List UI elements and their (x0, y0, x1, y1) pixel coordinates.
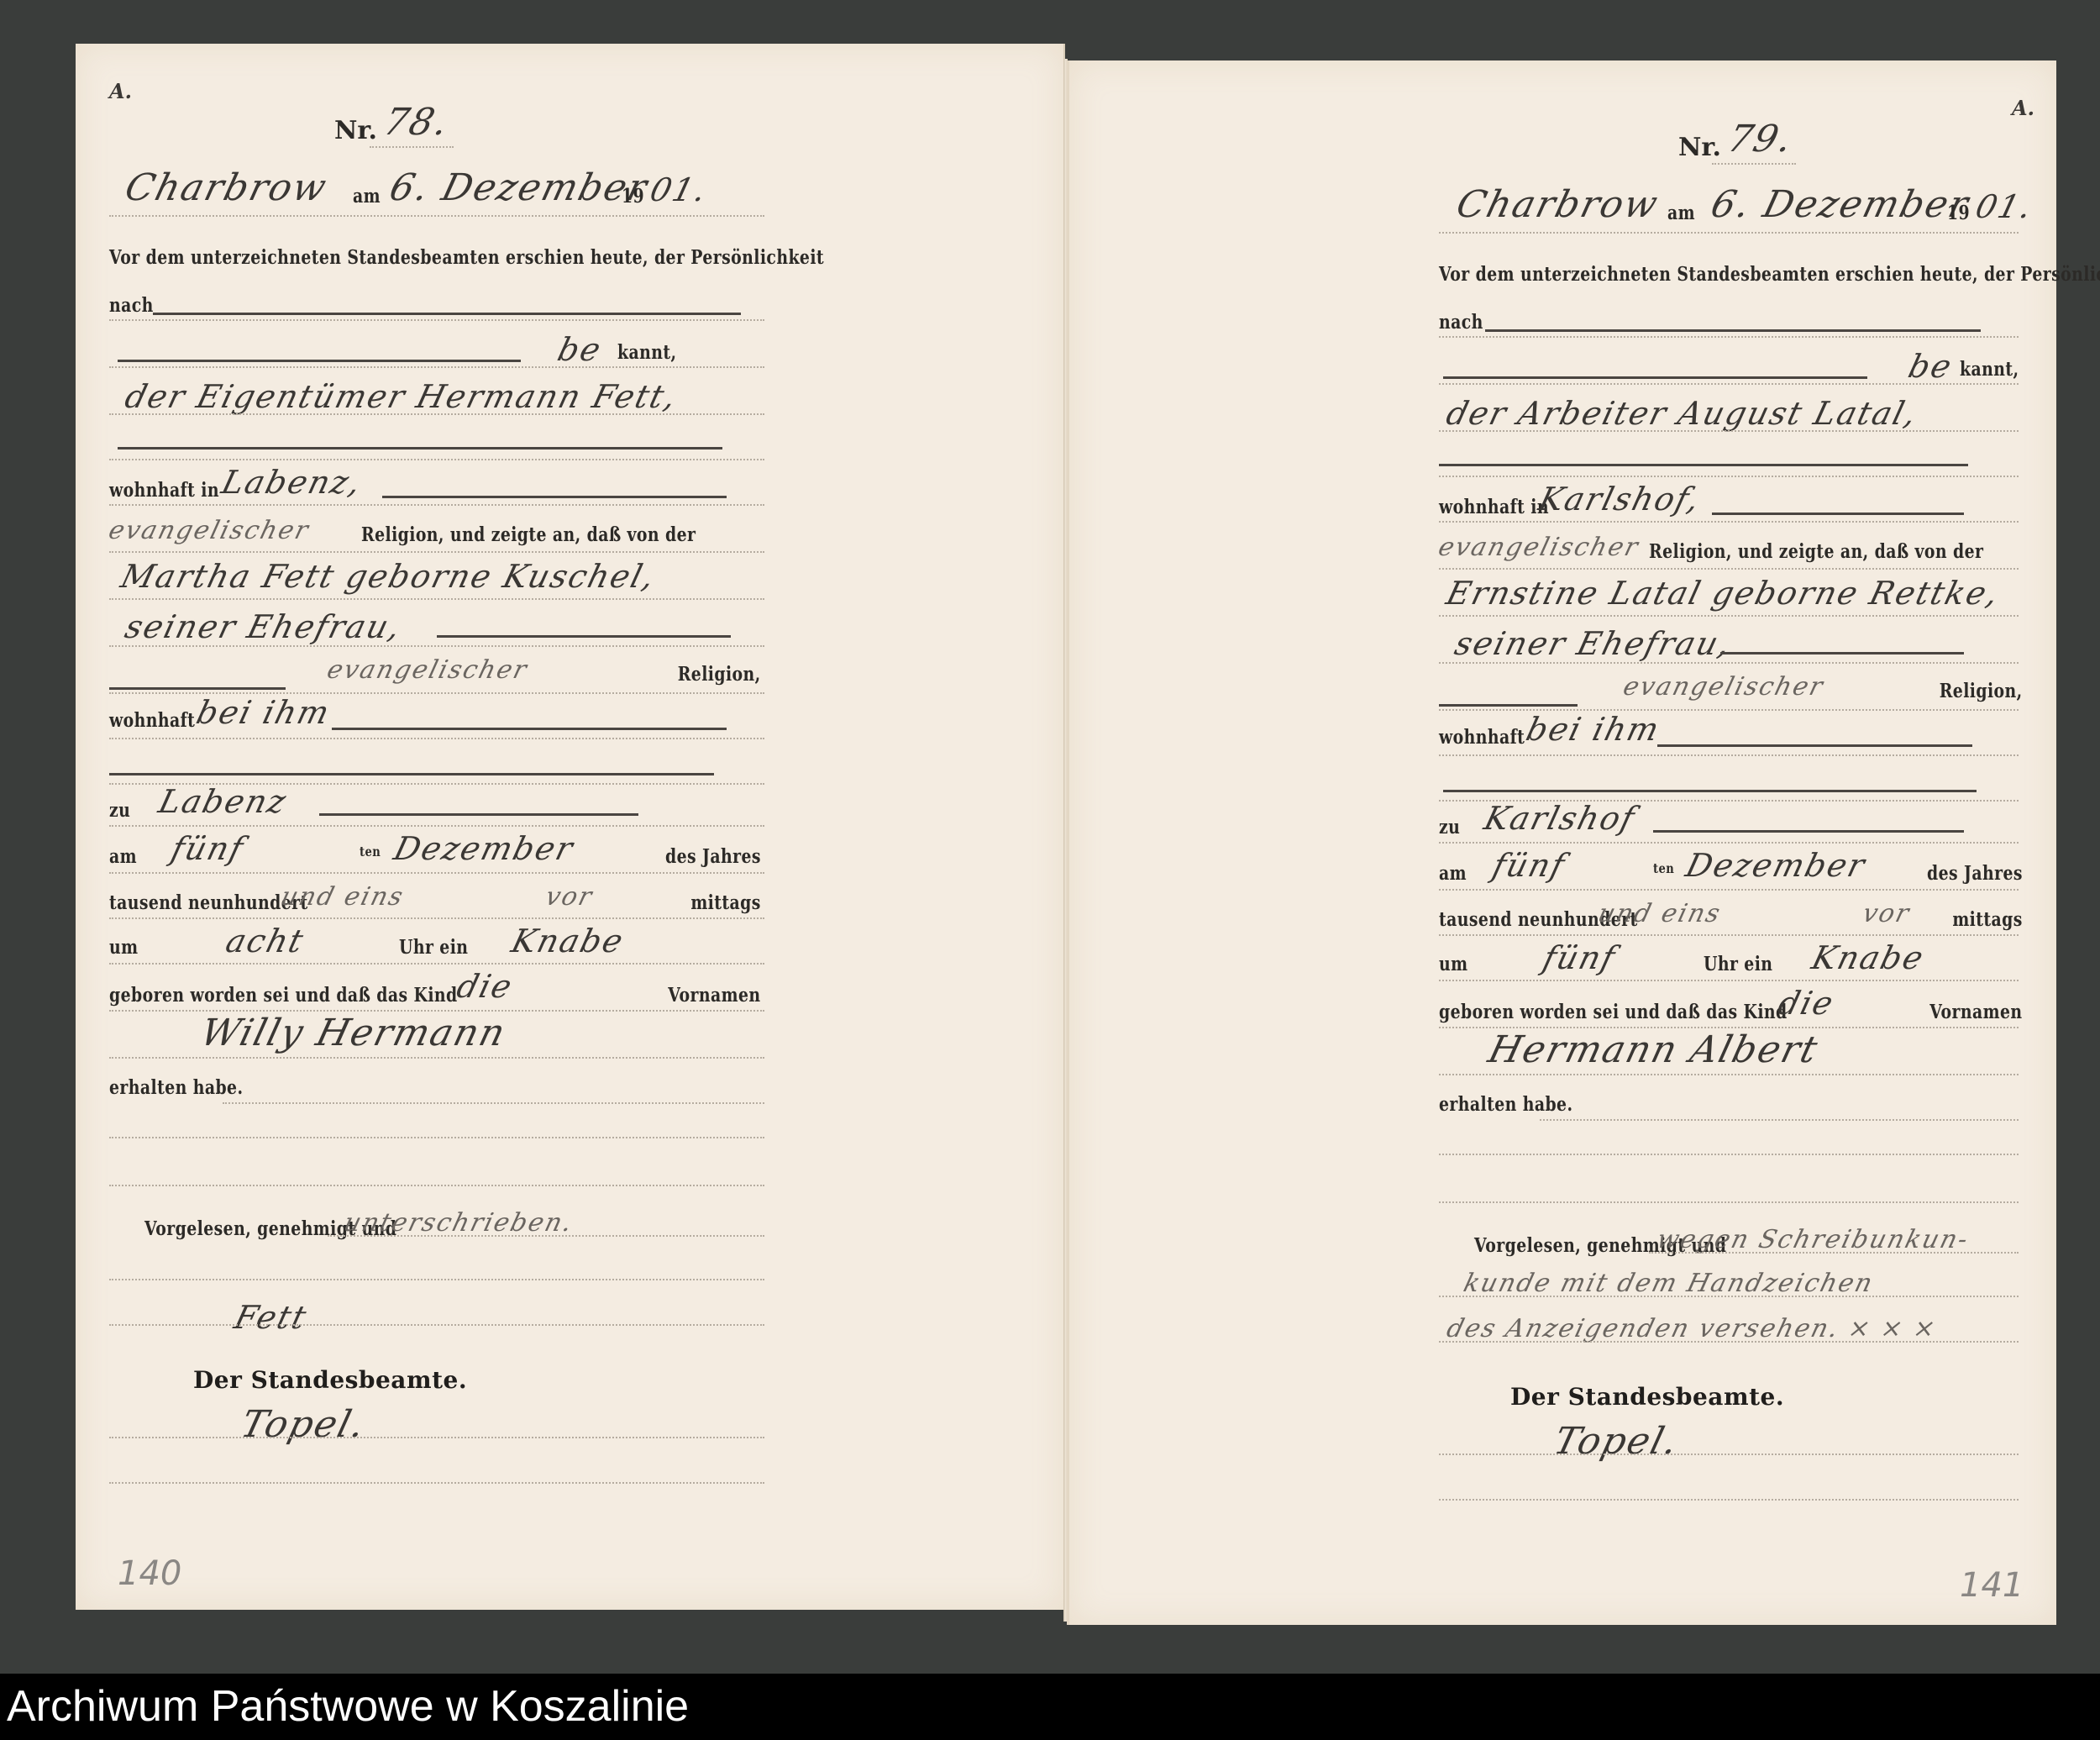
informant-signature: Fett (231, 1299, 312, 1336)
birth-hour: acht (223, 923, 309, 959)
date-am-label: am (1667, 195, 1695, 232)
um-label: um (109, 929, 138, 966)
die-handwritten: die (1775, 985, 1839, 1022)
wohnhaft-label: wohnhaft (109, 702, 195, 739)
mother-religion-label: Religion, (1940, 673, 2023, 710)
mother-religion-handwritten: evangelischer (323, 652, 533, 689)
year-prefix: 19 (622, 178, 644, 215)
geboren-text: geboren worden sei und daß das Kind (109, 977, 458, 1014)
birth-month: Dezember (391, 830, 578, 867)
geboren-text: geboren worden sei und daß das Kind (1439, 994, 1788, 1031)
mother-name: Martha Fett geborne Kuschel, (118, 558, 660, 595)
bekannt-handwritten: be (554, 331, 606, 368)
birth-month: Dezember (1683, 847, 1870, 884)
date-day-month: 6. Dezember (386, 170, 652, 207)
folio-number: 141 (1960, 1566, 2024, 1605)
place: Charbrow (122, 170, 332, 207)
year-suffix: 01. (647, 171, 711, 208)
informant: der Eigentümer Hermann Fett, (122, 378, 682, 415)
am-label: am (109, 838, 137, 875)
zu-label: zu (1439, 809, 1460, 846)
registrar-title: Der Standesbeamte. (1510, 1383, 1784, 1411)
um-label: um (1439, 946, 1467, 983)
birth-day: fünf (168, 830, 249, 867)
birth-place: Karlshof (1481, 800, 1640, 837)
residence: Labenz, (218, 464, 366, 501)
mother-religion-handwritten: evangelischer (1620, 669, 1829, 706)
die-handwritten: die (454, 968, 517, 1005)
archive-caption-bar: Archiwum Państwowe w Koszalinie (0, 1674, 2100, 1740)
erhalten-label: erhalten habe. (109, 1070, 243, 1107)
erhalten-label: erhalten habe. (1439, 1086, 1572, 1123)
section-letter: A. (2012, 96, 2034, 120)
birth-place: Labenz (155, 783, 291, 820)
ten-label: ten (360, 833, 381, 870)
mother-religion-label: Religion, (678, 656, 761, 693)
des-jahres-label: des Jahres (665, 838, 761, 875)
birth-year-words: und eins (277, 879, 408, 916)
tausend-label: tausend neunhundert (109, 885, 308, 922)
vor-nach: vor (1859, 896, 1914, 933)
register-page-right: A. Nr. 79. Charbrow am 6. Dezember 19 01… (1067, 60, 2056, 1625)
date-day-month: 6. Dezember (1708, 187, 1973, 223)
des-jahres-label: des Jahres (1927, 855, 2023, 892)
vor-nach: vor (542, 879, 597, 916)
uhr-ein-label: Uhr ein (1704, 946, 1772, 983)
religion-handwritten: evangelischer (105, 513, 314, 549)
am-label: am (1439, 855, 1467, 892)
informant: der Arbeiter August Latal, (1443, 395, 1922, 432)
vornamen-label: Vornamen (1930, 994, 2023, 1031)
record-number: 79. (1725, 121, 1798, 158)
bekannt-handwritten: be (1905, 348, 1957, 385)
record-number: 78. (381, 104, 454, 141)
register-page-left: A. Nr. 78. Charbrow am 6. Dezember 19 01… (76, 44, 1065, 1610)
child-names: Hermann Albert (1485, 1032, 1823, 1069)
year-prefix: 19 (1947, 195, 1970, 232)
uhr-ein-label: Uhr ein (399, 929, 468, 966)
mittags-label: mittags (1953, 902, 2023, 938)
relation: seiner Ehefrau, (1452, 625, 1735, 662)
intro-text: Vor dem unterzeichneten Standesbeamten e… (109, 239, 824, 276)
child-sex: Knabe (508, 923, 628, 959)
archive-caption: Archiwum Państwowe w Koszalinie (7, 1679, 689, 1734)
child-names: Willy Hermann (197, 1015, 511, 1052)
place: Charbrow (1453, 187, 1663, 223)
year-suffix: 01. (1972, 188, 2037, 225)
religion-text: Religion, und zeigte an, daß von der (361, 517, 696, 554)
birth-year-words: und eins (1594, 896, 1725, 933)
folio-number: 140 (118, 1554, 181, 1593)
birth-day: fünf (1489, 847, 1570, 884)
section-letter: A. (109, 79, 132, 103)
zu-label: zu (109, 792, 130, 829)
child-sex: Knabe (1809, 939, 1929, 976)
record-number-label: Nr. (1678, 133, 1721, 162)
vornamen-label: Vornamen (669, 977, 761, 1014)
mother-residence: bei ihm (1523, 711, 1665, 748)
date-am-label: am (353, 178, 381, 215)
religion-text: Religion, und zeigte an, daß von der (1649, 534, 1983, 570)
religion-handwritten: evangelischer (1435, 529, 1644, 566)
birth-hour: fünf (1540, 939, 1620, 976)
record-number-label: Nr. (334, 116, 377, 145)
mother-name: Ernstine Latal geborne Rettke, (1443, 575, 2004, 612)
relation: seiner Ehefrau, (122, 608, 406, 645)
mittags-label: mittags (691, 885, 761, 922)
mother-residence: bei ihm (193, 694, 335, 731)
residence: Karlshof, (1536, 481, 1705, 518)
wohnhaft-label: wohnhaft (1439, 719, 1525, 756)
ten-label: ten (1653, 850, 1674, 887)
intro-text: Vor dem unterzeichneten Standesbeamten e… (1439, 256, 2100, 293)
registrar-title: Der Standesbeamte. (193, 1366, 467, 1394)
